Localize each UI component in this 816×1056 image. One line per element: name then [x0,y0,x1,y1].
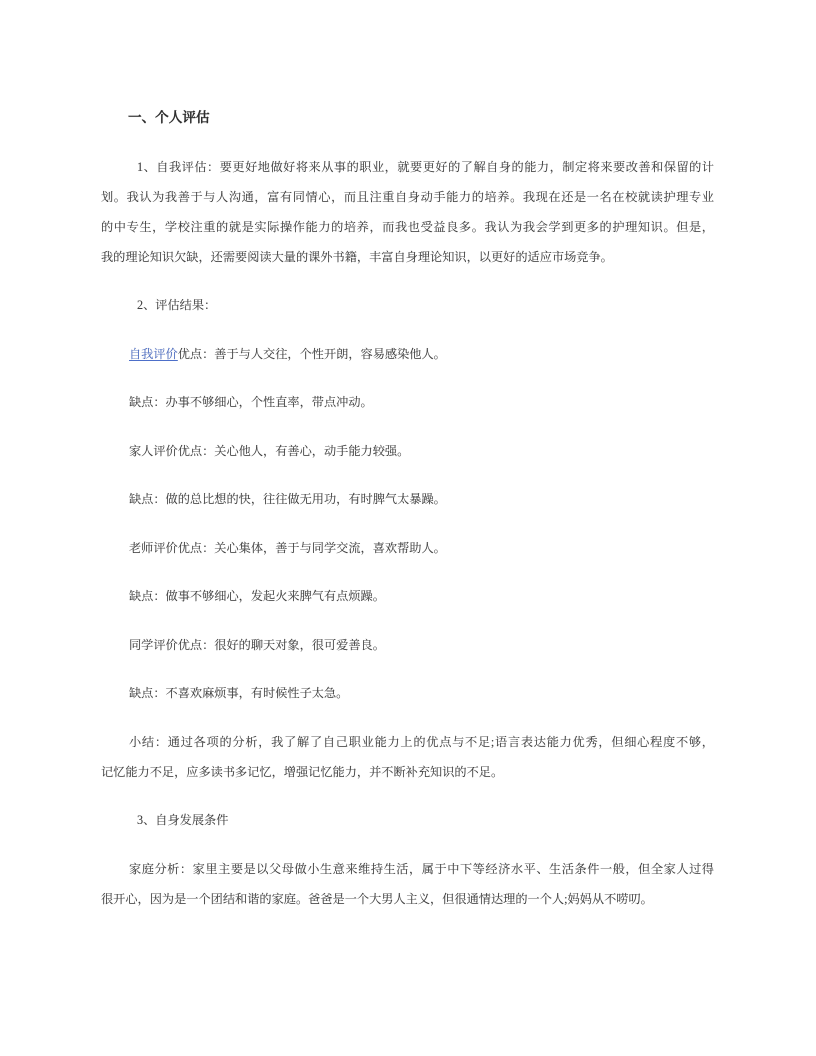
paragraph-line: 缺点：不喜欢麻烦事，有时候性子太急。 [101,678,714,708]
paragraph-line: 的中专生，学校注重的就是实际操作能力的培养，而我也受益良多。我认为我会学到更多的… [101,212,714,242]
paragraph-line: 划。我认为我善于与人沟通，富有同情心，而且注重自身动手能力的培养。我现在还是一名… [101,182,714,212]
section-heading-personal-assessment: 一、个人评估 [101,103,714,133]
paragraph-line: 缺点：办事不够细心，个性直率，带点冲动。 [101,387,714,417]
para-teacher-evaluation-strengths: 老师评价优点：关心集体，善于与同学交流，喜欢帮助人。 [101,533,714,563]
paragraph-line: 缺点：做事不够细心，发起火来脾气有点烦躁。 [101,581,714,611]
paragraph-line: 小结：通过各项的分析，我了解了自己职业能力上的优点与不足;语言表达能力优秀，但细… [101,727,714,757]
paragraph-line: 家人评价优点：关心他人，有善心，动手能力较强。 [101,436,714,466]
paragraph-line: 1、自我评估：要更好地做好将来从事的职业，就要更好的了解自身的能力，制定将来要改… [101,152,714,182]
paragraph-line: 一、个人评估 [101,103,714,133]
paragraph-line: 老师评价优点：关心集体，善于与同学交流，喜欢帮助人。 [101,533,714,563]
para-family-evaluation-strengths: 家人评价优点：关心他人，有善心，动手能力较强。 [101,436,714,466]
para-family-evaluation-weaknesses: 缺点：做的总比想的快，往往做无用功，有时脾气太暴躁。 [101,484,714,514]
document-page: 一、个人评估1、自我评估：要更好地做好将来从事的职业，就要更好的了解自身的能力，… [0,0,816,1056]
paragraph-line: 3、自身发展条件 [101,805,714,835]
para-self-evaluation-weaknesses: 缺点：办事不够细心，个性直率，带点冲动。 [101,387,714,417]
paragraph-line: 缺点：做的总比想的快，往往做无用功，有时脾气太暴躁。 [101,484,714,514]
paragraph-line: 家庭分析：家里主要是以父母做小生意来维持生活，属于中下等经济水平、生活条件一般，… [101,854,714,884]
paragraph-line: 同学评价优点：很好的聊天对象，很可爱善良。 [101,630,714,660]
paragraph-line: 很开心，因为是一个团结和谐的家庭。爸爸是一个大男人主义，但很通情达理的一个人;妈… [101,884,714,914]
para-classmate-evaluation-weaknesses: 缺点：不喜欢麻烦事，有时候性子太急。 [101,678,714,708]
para-teacher-evaluation-weaknesses: 缺点：做事不够细心，发起火来脾气有点烦躁。 [101,581,714,611]
para-self-assessment: 1、自我评估：要更好地做好将来从事的职业，就要更好的了解自身的能力，制定将来要改… [101,152,714,272]
para-summary: 小结：通过各项的分析，我了解了自己职业能力上的优点与不足;语言表达能力优秀，但细… [101,727,714,787]
para-family-analysis: 家庭分析：家里主要是以父母做小生意来维持生活，属于中下等经济水平、生活条件一般，… [101,854,714,914]
paragraph-line: 记忆能力不足，应多读书多记忆，增强记忆能力，并不断补充知识的不足。 [101,757,714,787]
para-self-evaluation-strengths: 自我评价优点：善于与人交往，个性开朗，容易感染他人。 [101,339,714,369]
para-classmate-evaluation-strengths: 同学评价优点：很好的聊天对象，很可爱善良。 [101,630,714,660]
self-evaluation-link[interactable]: 自我评价 [129,347,178,361]
paragraph-text: 优点：善于与人交往，个性开朗，容易感染他人。 [178,347,446,361]
para-assessment-results: 2、评估结果： [101,290,714,320]
paragraph-line: 我的理论知识欠缺，还需要阅读大量的课外书籍，丰富自身理论知识，以更好的适应市场竞… [101,242,714,272]
document-body: 一、个人评估1、自我评估：要更好地做好将来从事的职业，就要更好的了解自身的能力，… [101,103,714,932]
paragraph-line: 2、评估结果： [101,290,714,320]
para-development-conditions-heading: 3、自身发展条件 [101,805,714,835]
paragraph-line: 自我评价优点：善于与人交往，个性开朗，容易感染他人。 [101,339,714,369]
